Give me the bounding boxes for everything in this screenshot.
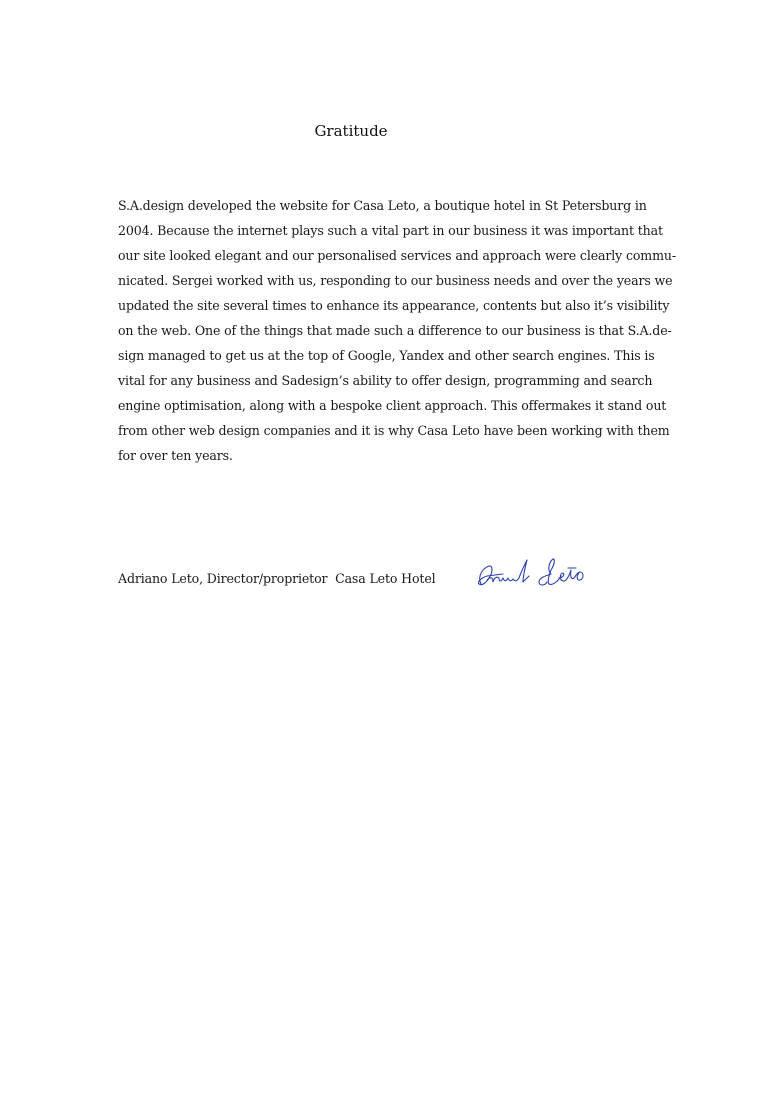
body-line: nicated. Sergei worked with us, respondi… [118, 268, 618, 293]
signature-icon [473, 556, 593, 592]
body-line: 2004. Because the internet plays such a … [118, 218, 618, 243]
signoff-line: Adriano Leto, Director/proprietor Casa L… [118, 569, 436, 589]
body-line: on the web. One of the things that made … [118, 318, 618, 343]
body-line: our site looked elegant and our personal… [118, 243, 618, 268]
document-page: Gratitude S.A.design developed the websi… [0, 0, 760, 1119]
body-line: for over ten years. [118, 443, 618, 468]
body-line: from other web design companies and it i… [118, 418, 618, 443]
body-line: updated the site several times to enhanc… [118, 293, 618, 318]
body-line: vital for any business and Sadesign’s ab… [118, 368, 618, 393]
body-line: engine optimisation, along with a bespok… [118, 393, 618, 418]
document-title: Gratitude [0, 121, 702, 141]
testimonial-body: S.A.design developed the website for Cas… [118, 193, 618, 468]
body-line: sign managed to get us at the top of Goo… [118, 343, 618, 368]
body-line: S.A.design developed the website for Cas… [118, 193, 618, 218]
